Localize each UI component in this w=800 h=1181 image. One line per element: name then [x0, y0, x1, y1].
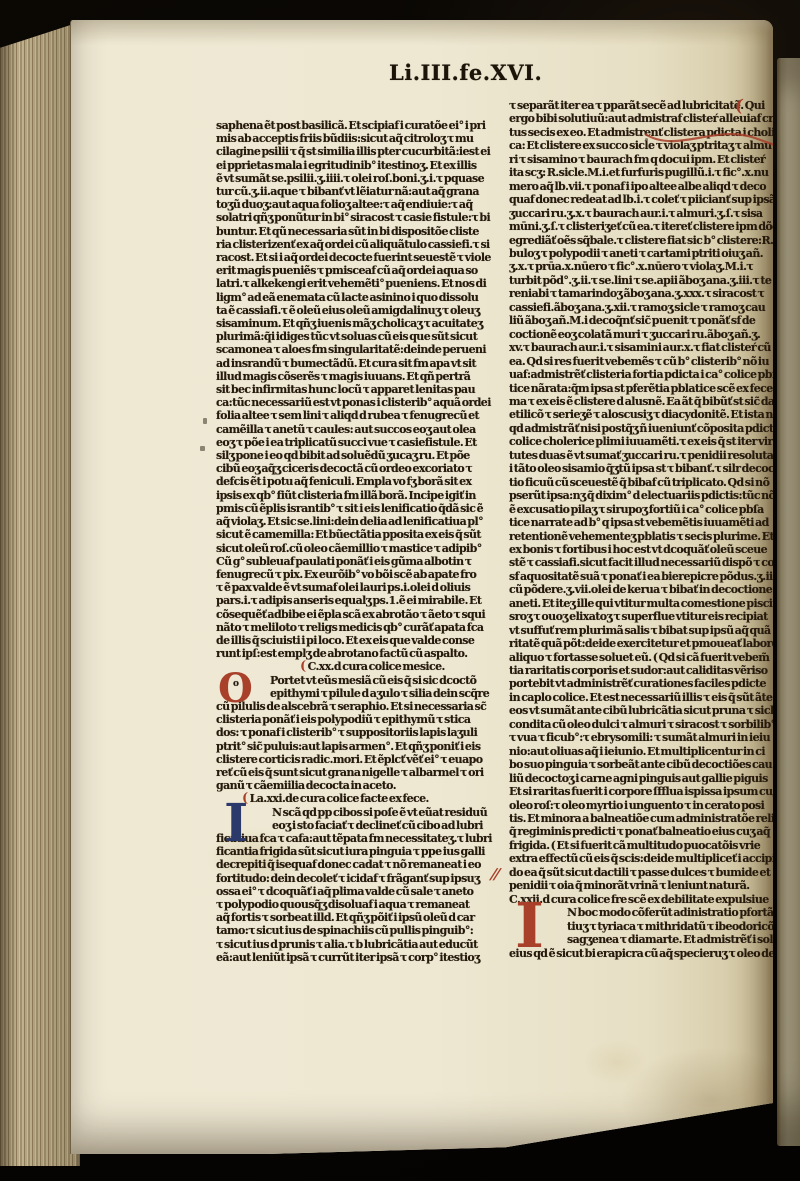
text-line: eos vt sumãt ante cibũ lubricãtia sicut …	[509, 704, 800, 717]
text-line: clistere corticis radic.mori. Et ẽplcť v…	[216, 753, 512, 766]
text-line: uaf:admistrẽť clisteria fortia pdicta i …	[509, 368, 800, 381]
text-line: condita cũ oleo dulci τ almuri τ siracos…	[509, 718, 800, 731]
text-line: runt ipſ:est emplʒ de abrotano factũ cũ …	[216, 647, 512, 660]
marginalia-speck	[203, 418, 207, 424]
text-line: mero aq̃ lb.vii.τ ponaf i ipo altee albe…	[509, 180, 800, 193]
text-line: ʒuccari ru.ʒ.x.τ baurach aur.i.τ almuri.…	[509, 207, 800, 220]
chapter-heading-text: C.xxii.d cura colice fre scẽ ex debilita…	[509, 893, 769, 906]
text-line: solatri qñʒ ponũtur in bi° siracost τ ca…	[216, 211, 512, 224]
folio-header: Li.III.fe.XVI.	[389, 60, 609, 85]
text-line: cibũ eoʒ aq̃ʒ ciceris decoctã cũ ordeo e…	[216, 462, 512, 475]
text-line: ossa ei° τ dcoquãť i aq̃ plima valde cũ …	[216, 885, 512, 898]
text-line: i tãto oleo sisamio q̃ʒtũ ipsa st τ biba…	[509, 462, 800, 475]
text-line: aq̃ fortis τ sorbeat illd. Et qñʒ põiť i…	[216, 911, 512, 924]
text-line: ta ẽ cassiafi.τ ẽ oleũ eius oleũ amigdal…	[216, 304, 512, 317]
text-line: epithymi τ pilule d aʒulo τ silia dein s…	[270, 687, 512, 700]
text-line: ritatẽ quã põt:deide exercitetur et pmou…	[509, 637, 800, 650]
text-line: Et si raritas fuerit i corpore ſfflua is…	[509, 785, 800, 798]
text-line: dos: τ ponaf i clisterib° τ suppositorii…	[216, 726, 512, 739]
text-line: mūni.ʒ.ſ.τ clisteriʒeť cũ ea.τ itereť cl…	[509, 220, 800, 233]
text-line: ficantia frigida sũt sicut iura pinguia …	[216, 845, 512, 858]
text-line: in caplo colice. Et est necessariũ illis…	[509, 691, 800, 704]
text-line: sisaminum. Et qñʒ iuenis mãʒ cholicaʒ τ …	[216, 317, 512, 330]
text-line: ẽ excusatio pilaʒ τ sirupoʒ fortiũ i ca°…	[509, 503, 800, 516]
text-line: eoʒ i sto faciať τ declineť cũ cibo ad l…	[272, 819, 512, 832]
text-line: silʒ pone i eo qd bibit ad soluẽdũ ʒucaʒ…	[216, 449, 512, 462]
text-line: de illis q̃ sciuisti i pi loco. Et ex ei…	[216, 634, 512, 647]
left-text-column: saphena ẽt post basilicã. Et scipiaf i c…	[216, 119, 512, 969]
text-line: colice cholerice plimi iuuamẽti.τ ex eis…	[509, 435, 800, 448]
rubric-flourish-icon	[637, 116, 800, 166]
text-line: illud magis cõserẽs τ magis iuuans. Et q…	[216, 370, 512, 383]
text-line: ʒ.x.τ prūa.x.nūero τ fic°.x.nūero τ viol…	[509, 260, 800, 273]
text-line: ficatiua fca τ cafa:aut tẽpata fm necess…	[216, 832, 512, 845]
text-line: q̃ regiminis predicti τ ponať balneatio …	[509, 825, 800, 838]
text-line: ca:tũc necessariũ est vt ponas i clister…	[216, 396, 512, 409]
text-line: portebit vt administrẽť curationes facil…	[509, 677, 800, 690]
text-line: τ polypodio quousq̃ʒ disoluaf i aqua τ r…	[216, 898, 512, 911]
text-line: aq̃ violaʒ. Et sic se.lini:dein delia ad…	[216, 515, 512, 528]
chapter-heading: (C.xx.d cura colice mesice.	[300, 660, 512, 673]
text-line: qd admistrãť nisi postq̃ʒ ñ iueniunť cõp…	[509, 422, 800, 435]
text-line: oleo roſ:τ oleo myrtio i unguento τ in c…	[509, 799, 800, 812]
text-line: ita scʒ: R.sicle.M.i.et furfuris pugillũ…	[509, 166, 800, 179]
photo-backdrop: { "page_header": { "folio_label": "Li.II…	[0, 0, 800, 1181]
text-line: sroʒ τ ouoʒ elixatoʒ τ superflue vtitur …	[509, 610, 800, 623]
text-line: liũ decoctoʒ i carne agni pinguis aut ga…	[509, 772, 800, 785]
text-line: racost. Et si i aq̃ ordei decocte fuerin…	[216, 251, 512, 264]
text-line: cũ põdere.ʒ.vii.olei de kerua τ bibať in…	[509, 583, 800, 596]
text-line: τ sicut ius d prunis τ alia.τ b lubricãt…	[216, 938, 512, 951]
text-line: ria clisterizenť ex aq̃ ordei cũ aliquãt…	[216, 238, 512, 251]
text-line: eã:aut leniũt ipsã τ currũt iter ipsã τ …	[216, 951, 512, 964]
text-line: cũ pilulis de alscebrã τ seraphio. Et si…	[216, 700, 512, 713]
text-line: erit magis pueniẽs τ pmisceaf cũ aq̃ ord…	[216, 264, 512, 277]
text-line: xv.τ baurach aur.i.τ sisamini aur.x.τ fi…	[509, 341, 800, 354]
paragraph-with-initial: IN boc modo cõferũt adinistratio pfortãt…	[509, 906, 800, 960]
text-line: ei pprietas mala i egritudinib° itestino…	[216, 159, 512, 172]
illuminated-initial: I	[515, 898, 543, 954]
text-line: cassiefi.ãboʒ ana.ʒ.xii.τ ramoʒ sicle τ …	[509, 301, 800, 314]
text-line: fenugrecũ τ pix. Ex eurõib° vo bõi scẽ a…	[216, 568, 512, 581]
text-line: retentionẽ vehementeʒ pblatis τ secis pl…	[509, 530, 800, 543]
text-line: N scã qd pp cibos si poſe ẽ vt eũat resi…	[272, 806, 512, 819]
text-line: sicut ẽ camemilla: Et bũectãtia pposita …	[216, 528, 512, 541]
facing-page-edge	[777, 58, 800, 1146]
text-line: buloʒ τ polypodii τ aneti τ cartami ptri…	[509, 247, 800, 260]
book-page: Li.III.fe.XVI. saphena ẽt post basilicã.…	[70, 20, 773, 1154]
text-line: ẽ vt sumãt se.psilii.ʒ.iiii.τ olei roſ.b…	[216, 172, 512, 185]
text-line: pserũt ipsa:nʒ q̃ dixim° d electuariis p…	[509, 489, 800, 502]
text-line: turbit põd°.ʒ.ii.τ se.lini τ se.apii ãbo…	[509, 274, 800, 287]
text-line: quaf donec redeat ad lb.i.τ coleť τ piic…	[509, 193, 800, 206]
text-line: tice nãrata:q̃m ipsa st pferẽtia pblatic…	[509, 382, 800, 395]
text-line: tur cũ.ʒ.ii.aque τ bibanť vt lẽiatur nã:…	[216, 185, 512, 198]
text-line: etilicõ τ serieʒẽ τ aloscusiʒ τ diacydon…	[509, 408, 800, 421]
text-line: bo suo pinguia τ sorbeãt ante cibũ decoc…	[509, 758, 800, 771]
text-line: eoʒ τ põe i ea triplicatũ succi vue τ ca…	[216, 436, 512, 449]
text-line: scamonea τ aloes fm singularitatẽ:deinde…	[216, 343, 512, 356]
text-line: ganũ τ cãemiilia decocta in aceto.	[216, 779, 512, 792]
text-line: stẽ τ cassiafi.sicut facit illud necessa…	[509, 556, 800, 569]
text-line: eius qd ẽ sicut bi erapicra cũ aq̃ speci…	[509, 947, 800, 960]
right-text-column: τ separãt iter ea τ pparãt secẽ ad lubri…	[509, 99, 800, 963]
text-line: ex bonis τ fortibus i hoc est vt dcoquãť…	[509, 543, 800, 556]
rubric-mark: (	[300, 659, 306, 674]
text-line: τ separãt iter ea τ pparãt secẽ ad lubri…	[509, 99, 800, 112]
text-line: sf aquositatẽ suã τ ponať i ea bierepicr…	[509, 570, 800, 583]
text-line: defcis ẽt i potu aq̃ feniculi. Empla vo …	[216, 475, 512, 488]
text-line: τ vua τ ficub°:τ ebrysomili: τ sumãt alm…	[509, 731, 800, 744]
text-line: sit bec infirmitas hunc locũ τ apparet l…	[216, 383, 512, 396]
text-line: extra effectũ cũ eis q̃ scis:deide multi…	[509, 852, 800, 865]
text-line: tutes duas ẽ vt sumať ʒuccari ru.τ penid…	[509, 449, 800, 462]
text-line: mis ab acceptis friis bũdiis:sicut aq̃ c…	[216, 132, 512, 145]
chapter-heading-text: C.xx.d cura colice mesice.	[308, 660, 445, 673]
text-line: folia altee τ sem lini τ aliqd d rubea τ…	[216, 409, 512, 422]
text-line: fortitudo: dein decoleť τ icidaf τ frãga…	[216, 872, 512, 885]
text-line: liũ ãboʒ añ.M.i decoq̃nť sic̃ puenit τ p…	[509, 314, 800, 327]
text-line: nio:aut oliuas aq̃ i ieiunio. Et multipl…	[509, 745, 800, 758]
text-line: aliquo τ fortasse soluet eũ. ( Qd si cã …	[509, 651, 800, 664]
text-line: buntur. Et qũ necessaria sũt in bi dispo…	[216, 225, 512, 238]
text-line: ptrit° sic̃ puluis:aut lapis armen°. Et …	[216, 740, 512, 753]
marginalia-speck	[200, 446, 205, 451]
text-line: cilagine psilii τ q̃ st similia illis pt…	[216, 145, 512, 158]
text-line: egrediãť oẽs sq̃bale.τ clistere fiat sic…	[509, 234, 800, 247]
text-line: pmis cũ ẽplis israntib° τ sit i eis leni…	[216, 502, 512, 515]
text-line: cõsequẽť adbibe ei ẽpla scã ex abrotão τ…	[216, 608, 512, 621]
illuminated-initial: I	[224, 800, 248, 848]
text-line: penidii τ oia q̃ minorãt vrinã τ leniunt…	[509, 879, 800, 892]
chapter-heading: (La.xxi.de cura colice facte ex fece.	[242, 792, 512, 805]
text-line: toʒũ duoʒ:aut aqua folioʒ altee:τ aq̃ en…	[216, 198, 512, 211]
text-line: camẽilla τ anetũ τ caules: aut succos eo…	[216, 423, 512, 436]
text-line: tia raritatis corporis et sudor:aut cali…	[509, 664, 800, 677]
text-line: ea. Qd si res fuerit vebemẽs τ cũ b° cli…	[509, 355, 800, 368]
text-line: tice narrate ad b° q ipsa st vebemẽtis i…	[509, 516, 800, 529]
guide-letter: o	[233, 678, 239, 691]
text-line: latri.τ alkekengi erit vehemẽti° puenien…	[216, 277, 512, 290]
text-line: Cũ g° subleuaf paulati ponãť i eis gũma …	[216, 555, 512, 568]
text-line: Portet vt eũs mesiã cũ eis q̃ si sic dco…	[270, 674, 512, 687]
text-line: aneti. Et iteʒ ille qui vtitur multa com…	[509, 597, 800, 610]
text-line: reniabi τ tamarindoʒ ãboʒ ana.ʒ.xxx.τ si…	[509, 287, 800, 300]
text-line: τ ẽ pax valde ẽ vt sumaf olei lauri ps.i…	[216, 581, 512, 594]
text-line: vt suffuť rem plurimã salis τ bibat sup …	[509, 624, 800, 637]
marginalia-speck	[645, 138, 648, 141]
text-line: reť cũ eis q̃ sunt sicut grana nigelle τ…	[216, 766, 512, 779]
paragraph-with-initial: IN scã qd pp cibos si poſe ẽ vt eũat res…	[216, 806, 512, 964]
paragraph-with-initial: OoPortet vt eũs mesiã cũ eis q̃ si sic d…	[216, 674, 512, 793]
text-line: N boc modo cõferũt adinistratio pfortã	[567, 906, 800, 919]
text-line: tis. Et minora a balneatiõe cum administ…	[509, 812, 800, 825]
text-line: clisteria ponãť i eis polypodiũ τ epithy…	[216, 713, 512, 726]
text-line: sagʒenea τ diamarte. Et admistrẽť i solo…	[567, 933, 800, 946]
page-edge-stack	[0, 14, 80, 1166]
text-line: sicut oleũ roſ.cũ oleo cãemillio τ masti…	[216, 542, 512, 555]
text-line: tamo:τ sicut ius de spinachiis cũ pullis…	[216, 924, 512, 937]
text-line: ipsis ex qb° fiũt clisteria fm illã borã…	[216, 489, 512, 502]
text-line: ligm° ad eã enemata cũ lacte asinino i q…	[216, 291, 512, 304]
text-line: ma τ ex eis ẽ clistere d alusnẽ. Ea ãt q…	[509, 395, 800, 408]
text-line: saphena ẽt post basilicã. Et scipiaf i c…	[216, 119, 512, 132]
text-line: frigida. ( Et si fuerit cã multitudo puo…	[509, 839, 800, 852]
text-line: ad insrandũ τ bumectãdũ. Et cura sit fm …	[216, 357, 512, 370]
text-line: do ea q̃ sũt sicut dactili τ passe dulce…	[509, 866, 800, 879]
chapter-heading: C.xxii.d cura colice fre scẽ ex debilita…	[509, 893, 800, 906]
text-line: plurimã:q̃i idiges tũc vt soluas cũ eis …	[216, 330, 512, 343]
text-line: nãto τ meliloto τ religs medicis qb° cur…	[216, 621, 512, 634]
chapter-heading-text: La.xxi.de cura colice facte ex fece.	[250, 792, 429, 805]
text-line: tiuʒ τ tyriaca τ mithridatũ τ ibeodoricõ…	[567, 920, 800, 933]
text-line: pars.i.τ adipis anseris equalʒ ps.1.ẽ ei…	[216, 594, 512, 607]
text-line: tio ficuũ cũ sceuestẽ q̃ bibaf cũ tripli…	[509, 476, 800, 489]
text-line: decrepiti q̃ isequaf donec cadat τ nõ re…	[216, 858, 512, 871]
text-line: coctionẽ eoʒ colatã muri τ ʒuccari ru.ãb…	[509, 328, 800, 341]
